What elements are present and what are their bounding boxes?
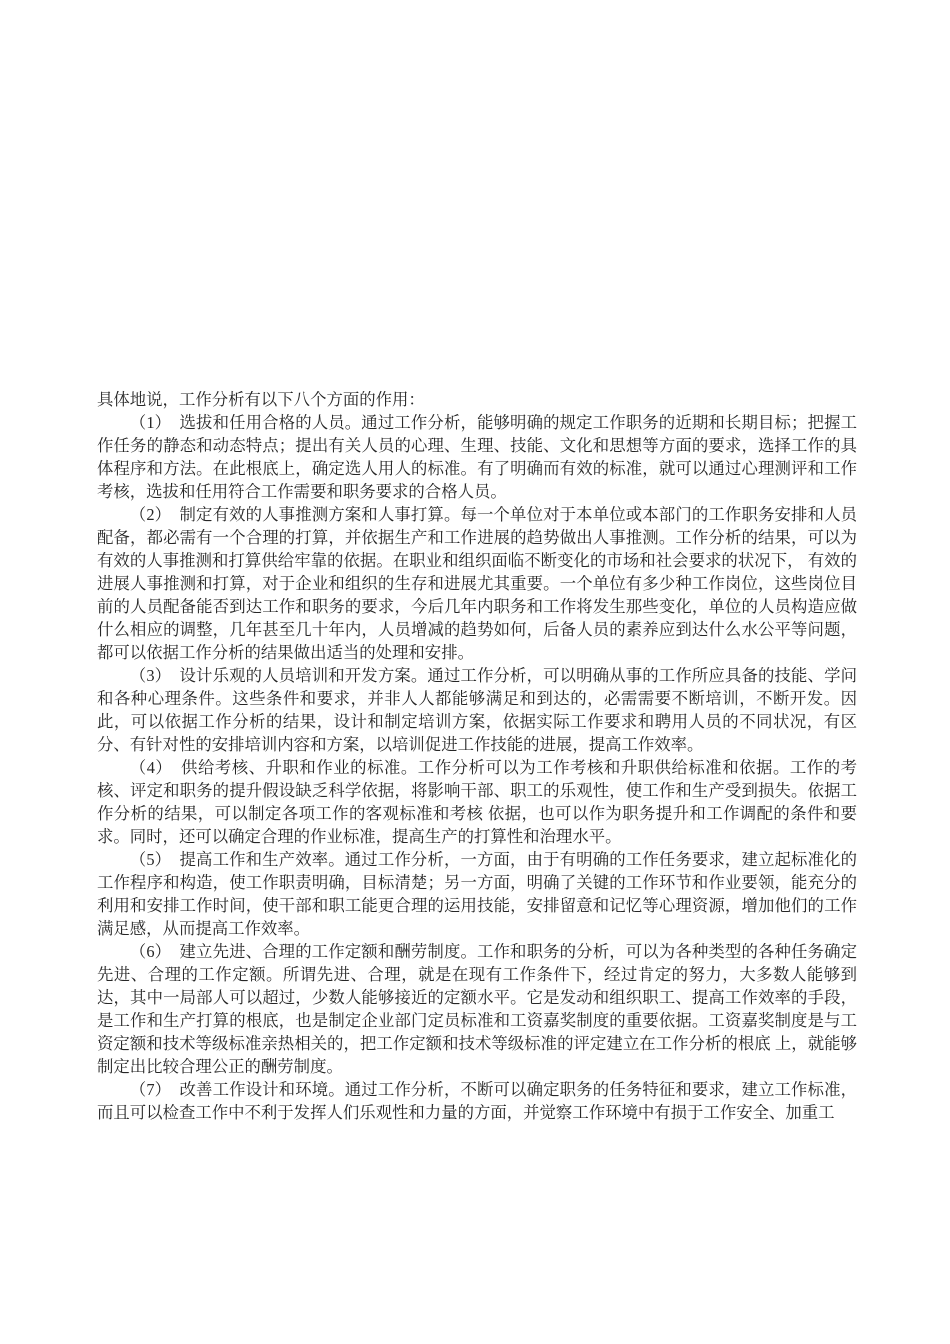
document-page: 具体地说，工作分析有以下八个方面的作用： （1） 选拔和任用合格的人员。通过工作…	[0, 0, 950, 1344]
paragraph-3: （3） 设计乐观的人员培训和开发方案。通过工作分析，可以明确从事的工作所应具备的…	[97, 664, 857, 756]
paragraph-6: （6） 建立先进、合理的工作定额和酬劳制度。工作和职务的分析，可以为各种类型的各…	[97, 940, 857, 1078]
paragraph-7: （7） 改善工作设计和环境。通过工作分析，不断可以确定职务的任务特征和要求，建立…	[97, 1078, 857, 1124]
text-block: 具体地说，工作分析有以下八个方面的作用： （1） 选拔和任用合格的人员。通过工作…	[97, 388, 857, 1124]
intro-paragraph: 具体地说，工作分析有以下八个方面的作用：	[97, 388, 857, 411]
paragraph-1: （1） 选拔和任用合格的人员。通过工作分析，能够明确的规定工作职务的近期和长期目…	[97, 411, 857, 503]
paragraph-2: （2） 制定有效的人事推测方案和人事打算。每一个单位对于本单位或本部门的工作职务…	[97, 503, 857, 664]
paragraph-4: （4） 供给考核、升职和作业的标准。工作分析可以为工作考核和升职供给标准和依据。…	[97, 756, 857, 848]
paragraph-5: （5） 提高工作和生产效率。通过工作分析，一方面，由于有明确的工作任务要求，建立…	[97, 848, 857, 940]
